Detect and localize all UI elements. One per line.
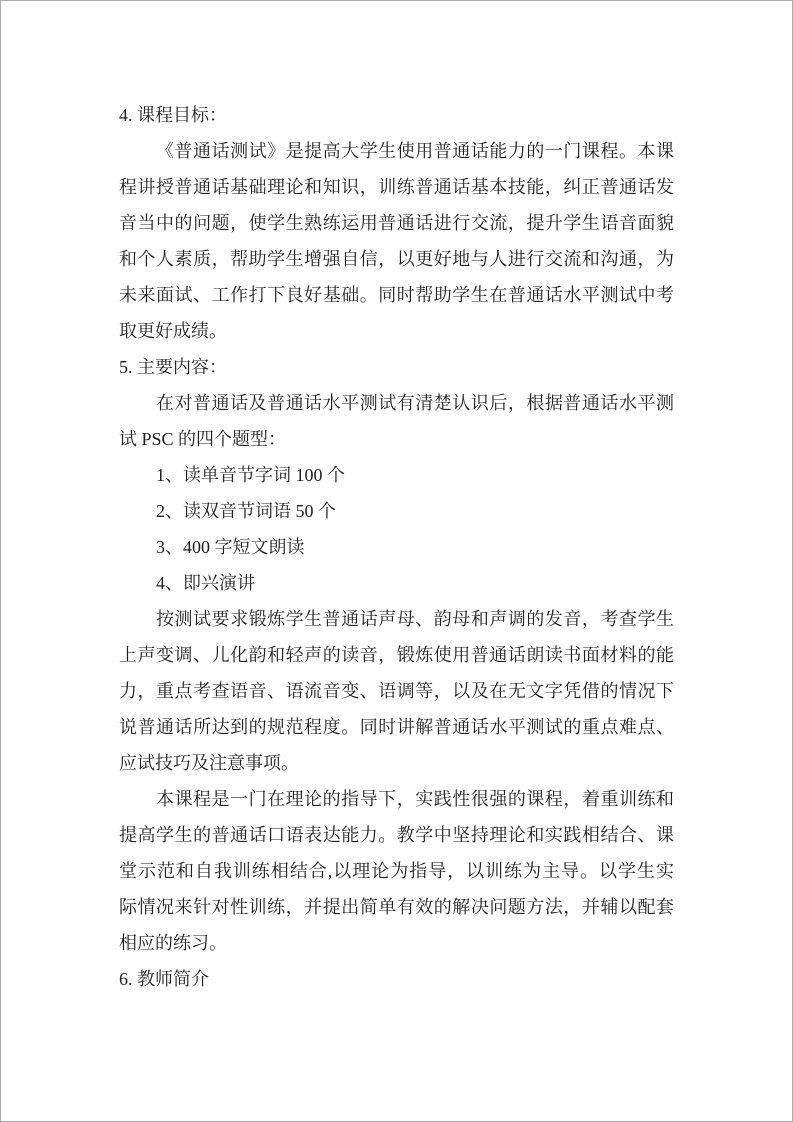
list-item-1: 1、读单音节字词 100 个	[119, 457, 674, 493]
paragraph-line: 上声变调、儿化韵和轻声的读音，锻炼使用普通话朗读书面材料的能	[119, 637, 674, 673]
paragraph-line: 应试技巧及注意事项。	[119, 745, 674, 781]
paragraph-line: 按测试要求锻炼学生普通话声母、韵母和声调的发音，考查学生	[119, 601, 674, 637]
paragraph-line: 在对普通话及普通话水平测试有清楚认识后，根据普通话水平测	[119, 385, 674, 421]
list-item-2: 2、读双音节词语 50 个	[119, 493, 674, 529]
paragraph-line: 音当中的问题，使学生熟练运用普通话进行交流，提升学生语音面貌	[119, 205, 674, 241]
paragraph-line: 相应的练习。	[119, 925, 674, 961]
paragraph-line: 程讲授普通话基础理论和知识，训练普通话基本技能，纠正普通话发	[119, 169, 674, 205]
paragraph-line: 提高学生的普通话口语表达能力。教学中坚持理论和实践相结合、课	[119, 817, 674, 853]
paragraph-line: 际情况来针对性训练，并提出简单有效的解决问题方法，并辅以配套	[119, 889, 674, 925]
section-heading-teacher-intro: 6. 教师简介	[119, 961, 674, 997]
paragraph-line: 说普通话所达到的规范程度。同时讲解普通话水平测试的重点难点、	[119, 709, 674, 745]
section-heading-course-objectives: 4. 课程目标：	[119, 97, 674, 133]
list-item-4: 4、即兴演讲	[119, 565, 674, 601]
paragraph-line: 堂示范和自我训练相结合,以理论为指导，以训练为主导。以学生实	[119, 853, 674, 889]
section-heading-main-content: 5. 主要内容：	[119, 349, 674, 385]
paragraph-line: 《普通话测试》是提高大学生使用普通话能力的一门课程。本课	[119, 133, 674, 169]
document-text-block: 4. 课程目标： 《普通话测试》是提高大学生使用普通话能力的一门课程。本课 程讲…	[119, 97, 674, 997]
paragraph-line: 和个人素质，帮助学生增强自信，以更好地与人进行交流和沟通，为	[119, 241, 674, 277]
paragraph-line: 试 PSC 的四个题型：	[119, 421, 674, 457]
paragraph-line: 本课程是一门在理论的指导下，实践性很强的课程，着重训练和	[119, 781, 674, 817]
paragraph-line: 取更好成绩。	[119, 313, 674, 349]
paragraph-line: 未来面试、工作打下良好基础。同时帮助学生在普通话水平测试中考	[119, 277, 674, 313]
paragraph-line: 力，重点考查语音、语流音变、语调等，以及在无文字凭借的情况下	[119, 673, 674, 709]
list-item-3: 3、400 字短文朗读	[119, 529, 674, 565]
document-page: 4. 课程目标： 《普通话测试》是提高大学生使用普通话能力的一门课程。本课 程讲…	[0, 0, 793, 1122]
